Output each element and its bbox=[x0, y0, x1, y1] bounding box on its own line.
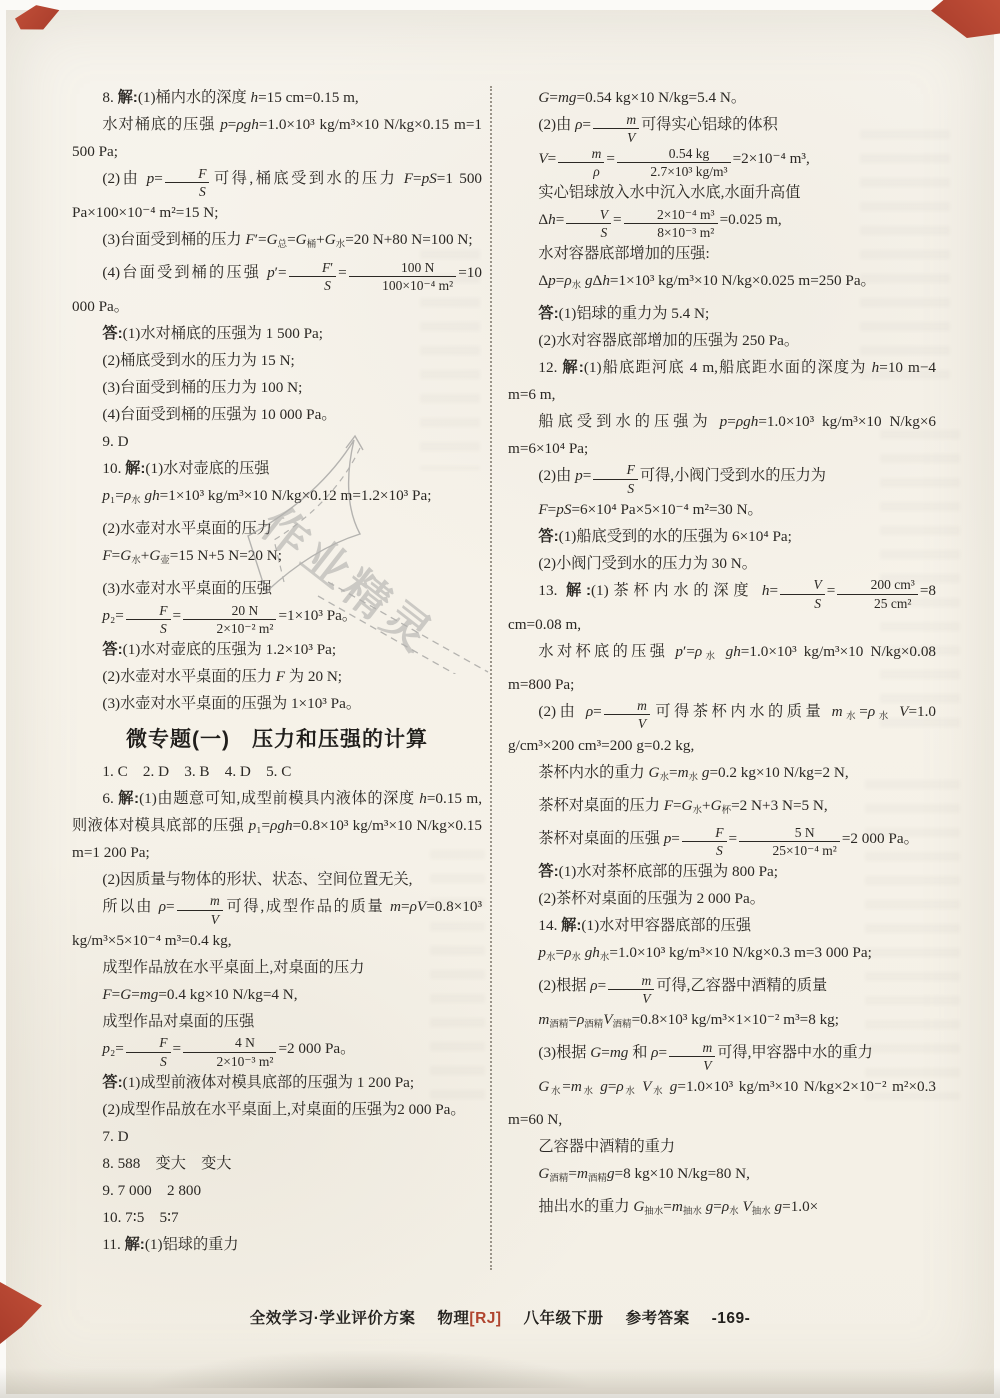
answer-line: 13. 解:(1)茶杯内水的深度 h=VS=200 cm³25 cm²=8 cm… bbox=[508, 577, 936, 638]
answer-line: F=pS=6×10⁴ Pa×5×10⁻⁴ m²=30 N。 bbox=[508, 496, 936, 523]
answer-line: 水对桶底的压强 p=ρgh=1.0×10³ kg/m³×10 N/kg×0.15… bbox=[72, 111, 482, 165]
footer-grade: 八年级下册 bbox=[524, 1310, 604, 1327]
answer-line: m酒精=ρ酒精V酒精=0.8×10³ kg/m³×1×10⁻² m³=8 kg; bbox=[508, 1006, 936, 1039]
answer-line: 答:(1)船底受到的水的压强为 6×10⁴ Pa; bbox=[508, 523, 936, 550]
answer-line: 成型作品对桌面的压强 bbox=[72, 1008, 482, 1035]
answer-line: 乙容器中酒精的重力 bbox=[508, 1133, 936, 1160]
footer-answer-label: 参考答案 bbox=[626, 1310, 690, 1327]
answer-line: (2)由 p=FS可得,桶底受到水的压力 F=pS=1 500 Pa×100×1… bbox=[72, 165, 482, 226]
answer-line: 成型作品放在水平桌面上,对桌面的压力 bbox=[72, 954, 482, 981]
answer-line: (2)由 p=FS可得,小阀门受到水的压力为 bbox=[508, 462, 936, 496]
answer-line: 10. 7∶5 5∶7 bbox=[72, 1204, 482, 1231]
answer-line: F=G=mg=0.4 kg×10 N/kg=4 N, bbox=[72, 981, 482, 1008]
answer-line: p水=ρ水 gh水=1.0×10³ kg/m³×10 N/kg×0.3 m=3 … bbox=[508, 939, 936, 972]
footer-subject: 物理 bbox=[437, 1310, 469, 1327]
answer-line: 10. 解:(1)水对壶底的压强 bbox=[72, 455, 482, 482]
answer-line: (4)台面受到桶的压强 p′=F′S=100 N100×10⁻⁴ m²=10 0… bbox=[72, 259, 482, 320]
page-edge-shadow bbox=[0, 1368, 1000, 1398]
answer-line: 答:(1)水对茶杯底部的压强为 800 Pa; bbox=[508, 858, 936, 885]
page-footer: 全效学习·学业评价方案物理[RJ]八年级下册参考答案-169- bbox=[0, 1306, 1000, 1328]
answer-line: 7. D bbox=[72, 1123, 482, 1150]
answer-line: 答:(1)水对壶底的压强为 1.2×10³ Pa; bbox=[72, 636, 482, 663]
footer-edition: [RJ] bbox=[469, 1310, 501, 1327]
answer-line: (2)水对容器底部增加的压强为 250 Pa。 bbox=[508, 327, 936, 354]
answer-line: G酒精=m酒精g=8 kg×10 N/kg=80 N, bbox=[508, 1160, 936, 1193]
answer-line: 9. D bbox=[72, 428, 482, 455]
answer-line: Δh=VS=2×10⁻⁴ m³8×10⁻³ m²=0.025 m, bbox=[508, 206, 936, 240]
answer-line: (2)由 ρ=mV可得茶杯内水的质量 m水=ρ水 V=1.0 g/cm³×200… bbox=[508, 698, 936, 759]
answer-line: p₁=ρ水 gh=1×10³ kg/m³×10 N/kg×0.12 m=1.2×… bbox=[72, 482, 482, 515]
answer-line: 8. 解:(1)桶内水的深度 h=15 cm=0.15 m, bbox=[72, 84, 482, 111]
answer-line: p₂=FS=20 N2×10⁻² m²=1×10³ Pa。 bbox=[72, 602, 482, 636]
answer-line: 8. 588 变大 变大 bbox=[72, 1150, 482, 1177]
answer-line: 9. 7 000 2 800 bbox=[72, 1177, 482, 1204]
answer-line: 答:(1)铝球的重力为 5.4 N; bbox=[508, 300, 936, 327]
answer-line: (2)因质量与物体的形状、状态、空间位置无关, bbox=[72, 866, 482, 893]
answer-line: G水=m水 g=ρ水 V水 g=1.0×10³ kg/m³×10 N/kg×2×… bbox=[508, 1073, 936, 1133]
answer-line: (3)水壶对水平桌面的压强 bbox=[72, 575, 482, 602]
answer-line: (3)根据 G=mg 和 ρ=mV可得,甲容器中水的重力 bbox=[508, 1039, 936, 1073]
answer-line: 水对杯底的压强 p′=ρ水 gh=1.0×10³ kg/m³×10 N/kg×0… bbox=[508, 638, 936, 698]
answer-line: G=mg=0.54 kg×10 N/kg=5.4 N。 bbox=[508, 84, 936, 111]
section-heading: 微专题(一) 压力和压强的计算 bbox=[72, 726, 482, 753]
answer-line: Δp=ρ水 gΔh=1×10³ kg/m³×10 N/kg×0.025 m=25… bbox=[508, 267, 936, 300]
answer-line: 12. 解:(1)船底距河底 4 m,船底距水面的深度为 h=10 m−4 m=… bbox=[508, 354, 936, 408]
answer-line: F=G水+G壶=15 N+5 N=20 N; bbox=[72, 542, 482, 575]
column-divider bbox=[490, 86, 492, 1270]
answer-line: 茶杯对桌面的压力 F=G水+G杯=2 N+3 N=5 N, bbox=[508, 792, 936, 825]
answer-line: 茶杯内水的重力 G水=m水 g=0.2 kg×10 N/kg=2 N, bbox=[508, 759, 936, 792]
scanned-answer-page: { "colors": { "edition_red": "#b0452f", … bbox=[0, 0, 1000, 1398]
answer-line: V=mρ=0.54 kg2.7×10³ kg/m³=2×10⁻⁴ m³, bbox=[508, 145, 936, 179]
footer-page-number: -169- bbox=[712, 1310, 751, 1327]
answer-line: (2)桶底受到水的压力为 15 N; bbox=[72, 347, 482, 374]
answers-column-left: 8. 解:(1)桶内水的深度 h=15 cm=0.15 m,水对桶底的压强 p=… bbox=[72, 84, 482, 1298]
answer-line: (2)茶杯对桌面的压强为 2 000 Pa。 bbox=[508, 885, 936, 912]
answer-line: (2)小阀门受到水的压力为 30 N。 bbox=[508, 550, 936, 577]
answer-line: 实心铝球放入水中沉入水底,水面升高值 bbox=[508, 179, 936, 206]
answer-line: 抽出水的重力 G抽水=m抽水 g=ρ水 V抽水 g=1.0× bbox=[508, 1193, 936, 1226]
answer-line: (2)根据 ρ=mV可得,乙容器中酒精的质量 bbox=[508, 972, 936, 1006]
answers-column-right: G=mg=0.54 kg×10 N/kg=5.4 N。(2)由 ρ=mV可得实心… bbox=[508, 84, 936, 1298]
answer-line: 1. C 2. D 3. B 4. D 5. C bbox=[72, 758, 482, 785]
answer-line: (2)水壶对水平桌面的压力 F 为 20 N; bbox=[72, 663, 482, 690]
answer-line: (4)台面受到桶的压强为 10 000 Pa。 bbox=[72, 401, 482, 428]
answer-line: 茶杯对桌面的压强 p=FS=5 N25×10⁻⁴ m²=2 000 Pa。 bbox=[508, 825, 936, 859]
answer-line: 船底受到水的压强为 p=ρgh=1.0×10³ kg/m³×10 N/kg×6 … bbox=[508, 408, 936, 462]
answer-line: 14. 解:(1)水对甲容器底部的压强 bbox=[508, 912, 936, 939]
answer-line: (2)水壶对水平桌面的压力 bbox=[72, 515, 482, 542]
answer-line: 答:(1)成型前液体对模具底部的压强为 1 200 Pa; bbox=[72, 1069, 482, 1096]
answer-line: (2)由 ρ=mV可得实心铝球的体积 bbox=[508, 111, 936, 145]
answer-line: 答:(1)水对桶底的压强为 1 500 Pa; bbox=[72, 320, 482, 347]
footer-brand: 全效学习·学业评价方案 bbox=[250, 1310, 416, 1327]
answer-line: 11. 解:(1)铝球的重力 bbox=[72, 1231, 482, 1258]
answer-line: (3)台面受到桶的压力为 100 N; bbox=[72, 374, 482, 401]
answer-line: 6. 解:(1)由题意可知,成型前模具内液体的深度 h=0.15 m,则液体对模… bbox=[72, 785, 482, 866]
answer-line: p₂=FS=4 N2×10⁻³ m²=2 000 Pa。 bbox=[72, 1035, 482, 1069]
answer-line: (3)台面受到桶的压力 F′=G总=G桶+G水=20 N+80 N=100 N; bbox=[72, 226, 482, 259]
answer-line: 所以由 ρ=mV可得,成型作品的质量 m=ρV=0.8×10³ kg/m³×5×… bbox=[72, 893, 482, 954]
answer-line: 水对容器底部增加的压强: bbox=[508, 240, 936, 267]
answer-line: (3)水壶对水平桌面的压强为 1×10³ Pa。 bbox=[72, 690, 482, 717]
answer-line: (2)成型作品放在水平桌面上,对桌面的压强为2 000 Pa。 bbox=[72, 1096, 482, 1123]
